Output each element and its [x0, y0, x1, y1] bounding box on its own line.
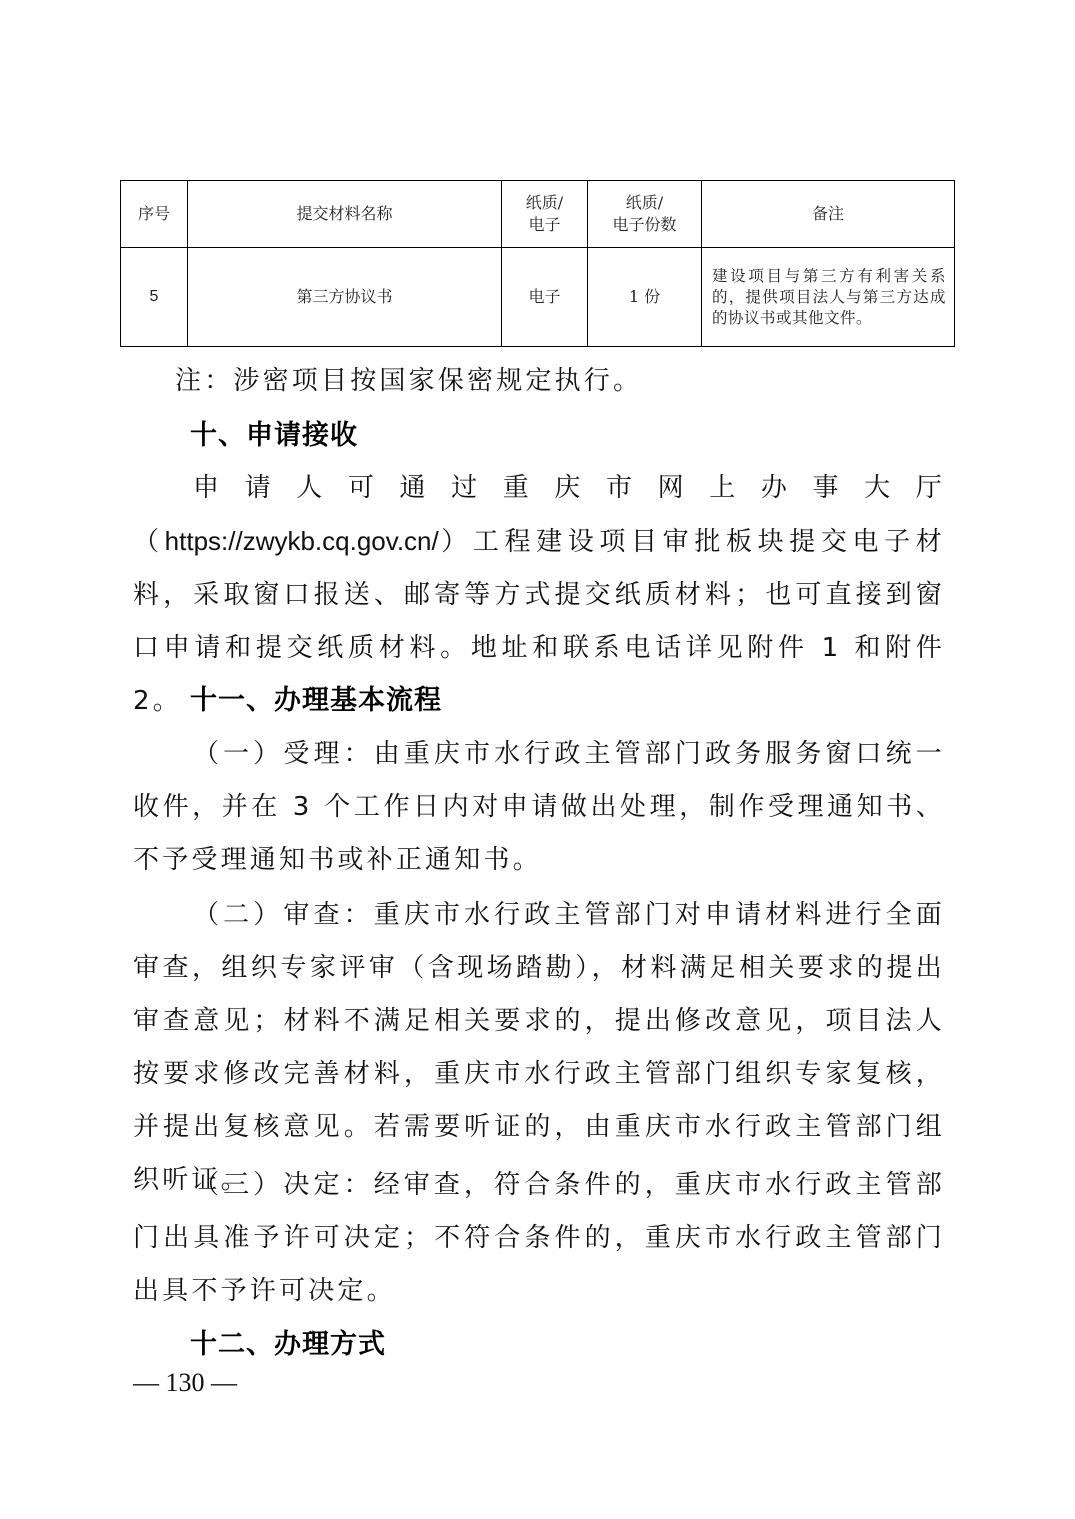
- section-heading-application-receipt: 十、申请接收: [190, 413, 358, 452]
- confidential-note: 注：涉密项目按国家保密规定执行。: [175, 355, 945, 408]
- cell-index: 5: [121, 248, 188, 347]
- header-format-line1: 纸质/: [506, 192, 583, 214]
- header-copies-line1: 纸质/: [592, 192, 697, 214]
- header-format-line2: 电子: [506, 214, 583, 236]
- header-index-label: 序号: [138, 204, 170, 223]
- header-note: 备注: [702, 181, 955, 248]
- header-material-name-label: 提交材料名称: [296, 204, 392, 223]
- header-copies: 纸质/ 电子份数: [588, 181, 702, 248]
- paragraph-decision: （三）决定：经审查，符合条件的，重庆市水行政主管部门出具准予许可决定；不符合条件…: [133, 1159, 945, 1318]
- header-index: 序号: [121, 181, 188, 248]
- cell-format: 电子: [502, 248, 588, 347]
- section-heading-basic-process: 十一、办理基本流程: [190, 678, 442, 717]
- page-number: — 130 —: [133, 1368, 237, 1398]
- section-heading-handling-method: 十二、办理方式: [190, 1322, 386, 1361]
- table-row: 5 第三方协议书 电子 1 份 建设项目与第三方有利害关系的，提供项目法人与第三…: [121, 248, 955, 347]
- header-note-label: 备注: [812, 204, 844, 223]
- header-copies-line2: 电子份数: [592, 214, 697, 236]
- header-format: 纸质/ 电子: [502, 181, 588, 248]
- cell-material-name: 第三方协议书: [188, 248, 502, 347]
- header-material-name: 提交材料名称: [188, 181, 502, 248]
- cell-note: 建设项目与第三方有利害关系的，提供项目法人与第三方达成的协议书或其他文件。: [702, 248, 955, 347]
- website-link[interactable]: https://zwykb.cq.gov.cn/: [165, 526, 439, 556]
- paragraph-acceptance: （一）受理：由重庆市水行政主管部门政务服务窗口统一收件，并在 3 个工作日内对申…: [133, 728, 945, 887]
- materials-table: 序号 提交材料名称 纸质/ 电子 纸质/ 电子份数 备注 5 第三方协议书 电子…: [120, 180, 955, 347]
- cell-copies: 1 份: [588, 248, 702, 347]
- document-page: 序号 提交材料名称 纸质/ 电子 纸质/ 电子份数 备注 5 第三方协议书 电子…: [0, 0, 1075, 1519]
- table-header-row: 序号 提交材料名称 纸质/ 电子 纸质/ 电子份数 备注: [121, 181, 955, 248]
